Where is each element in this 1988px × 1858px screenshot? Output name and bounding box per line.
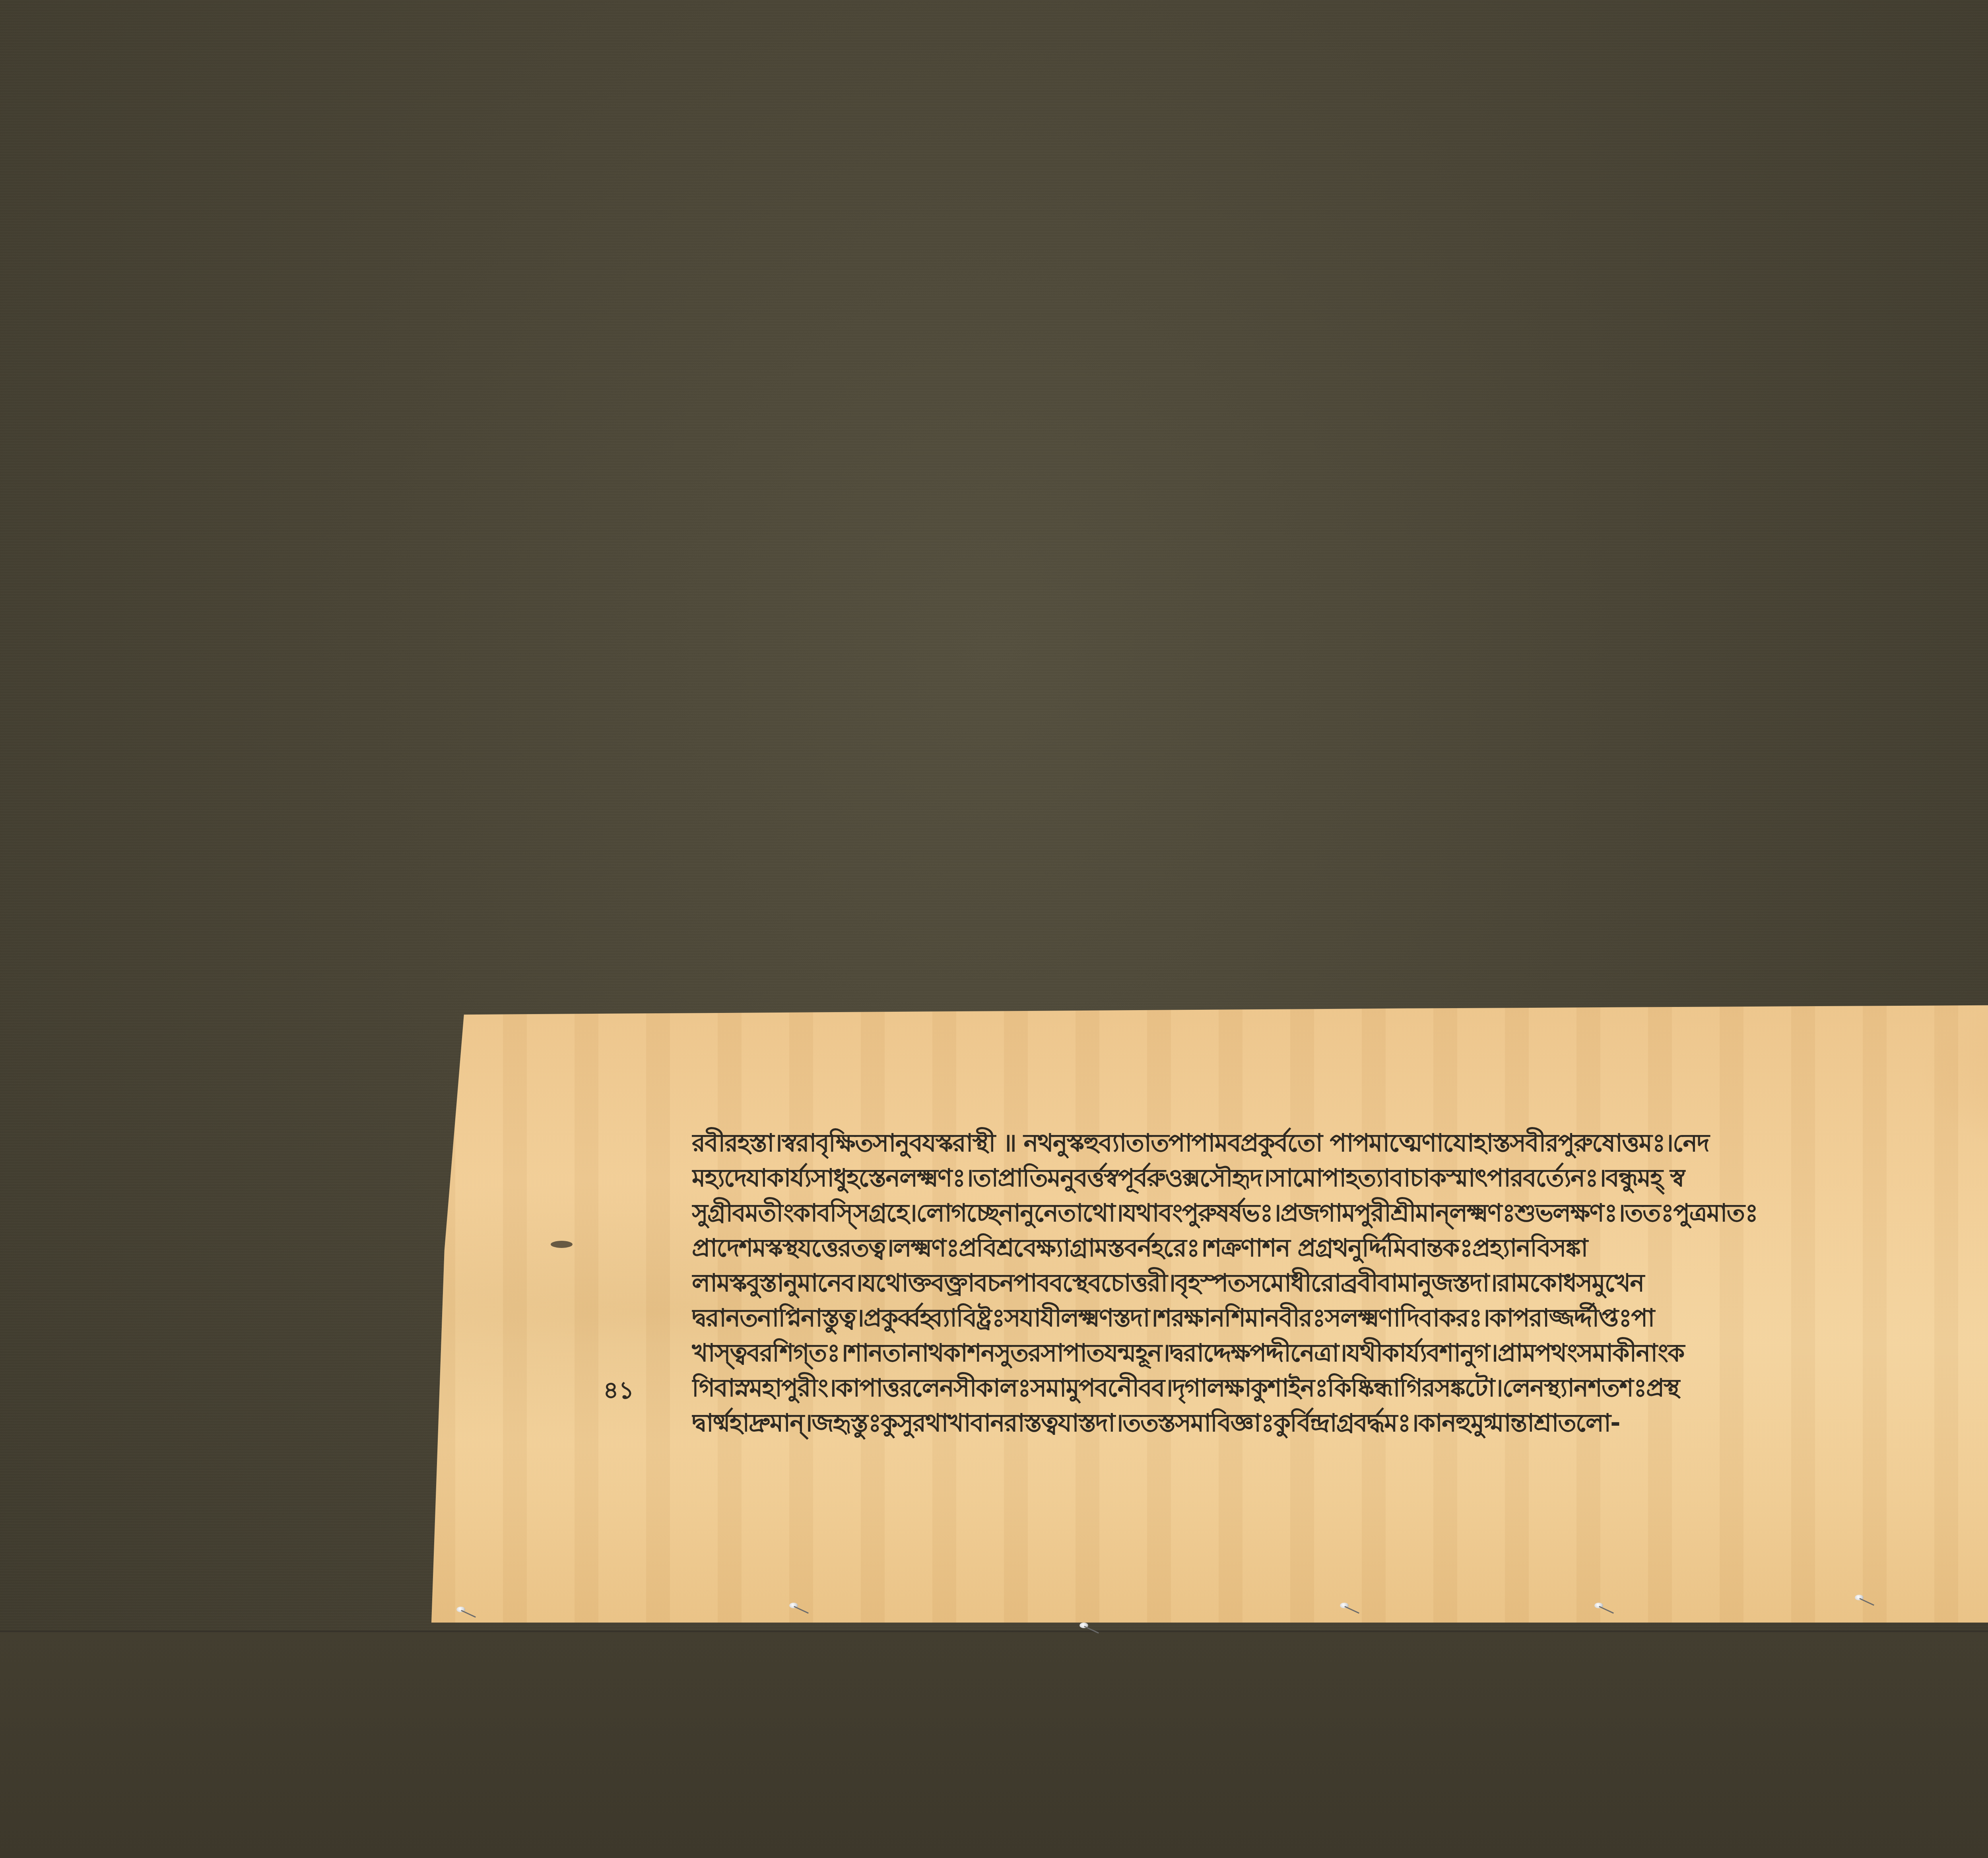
pin-icon — [1079, 1623, 1088, 1628]
text-line: লামস্কবুস্তানুমানেব।যথোক্তবক্ত্রাবচনপাবব… — [692, 1265, 1988, 1300]
pin-icon — [1594, 1603, 1603, 1608]
manuscript-leaf: ৪১ ৩৯৯ রবীরহস্তা।স্বরাবৃক্ষিতসানুবযস্করা… — [431, 1002, 1988, 1623]
pin-icon — [1340, 1603, 1349, 1608]
text-line: দ্বার্ষ্মহাদ্রুমান্।জহৃস্তুঃকুসুরথাখাবান… — [692, 1405, 1988, 1440]
manuscript-text-block: রবীরহস্তা।স্বরাবৃক্ষিতসানুবযস্করাস্থী ॥ … — [692, 1125, 1988, 1440]
text-line: মহ্যদেযাকার্য্যসাধুহস্তেনলক্ষ্মণঃ।তাপ্রা… — [692, 1160, 1988, 1195]
text-line: দ্বরানতনাপ্নিনাস্তুত্ব।প্রকুর্ব্বহ্ব্যাব… — [692, 1300, 1988, 1335]
backing-board-lower-band — [0, 1631, 1988, 1858]
text-line: প্রাদেশমস্কস্থযত্তেরতত্ব।লক্ষ্মণঃপ্রবিশ্… — [692, 1230, 1988, 1265]
pin-icon — [1855, 1595, 1864, 1600]
folio-number-left: ৪১ — [603, 1372, 634, 1412]
ink-blot — [551, 1241, 573, 1248]
text-line: গিবাস্নমহাপুরীং।কাপাত্তরলেনসীকালঃসমামুপব… — [692, 1370, 1988, 1405]
text-line: খাস্ত্ববরশিগ্তঃ।শানতানাথকাশনসুতরসাপাতযন্… — [692, 1335, 1988, 1370]
text-line: রবীরহস্তা।স্বরাবৃক্ষিতসানুবযস্করাস্থী ॥ … — [692, 1125, 1988, 1160]
text-line: সুগ্রীবমতীংকাবস্সিগ্রহে।লোগচ্ছেনানুনেতাথ… — [692, 1195, 1988, 1230]
pin-icon — [456, 1607, 465, 1612]
pin-icon — [789, 1603, 798, 1608]
